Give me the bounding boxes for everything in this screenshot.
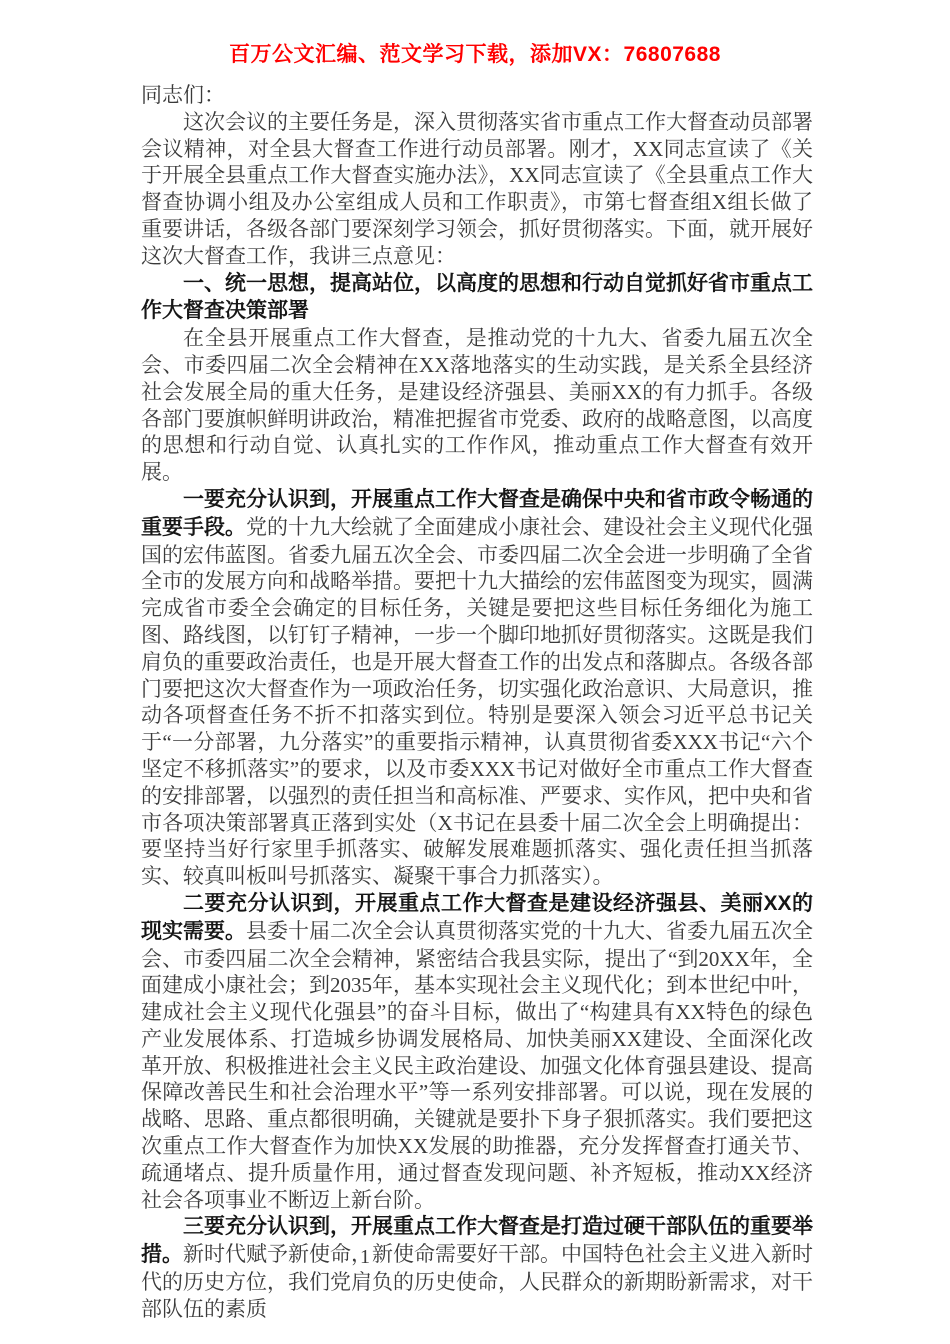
document-page: 百万公文汇编、范文学习下载，添加VX：76807688 同志们： 这次会议的主要… [0, 0, 950, 1344]
paragraph-point-1-text: 党的十九大绘就了全面建成小康社会、建设社会主义现代化强国的宏伟蓝图。省委九届五次… [141, 515, 813, 888]
document-body: 同志们： 这次会议的主要任务是，深入贯彻落实省市重点工作大督查动员部署会议精神，… [141, 82, 813, 1323]
paragraph-point-2-text: 县委十届二次全会认真贯彻落实党的十九大、省委九届五次全会、市委四届二次全会精神，… [141, 919, 813, 1212]
heading-section-1-text: 一、统一思想，提高站位，以高度的思想和行动自觉抓好省市重点工作大督查决策部署 [141, 272, 813, 323]
paragraph-intro-text: 这次会议的主要任务是，深入贯彻落实省市重点工作大督查动员部署会议精神，对全县大督… [141, 110, 813, 268]
paragraph-intro: 这次会议的主要任务是，深入贯彻落实省市重点工作大督查动员部署会议精神，对全县大督… [141, 109, 813, 270]
paragraph-point-3-text: 新时代赋予新使命，新使命需要好干部。中国特色社会主义进入新时代的历史方位，我们党… [141, 1242, 813, 1321]
page-number: 1 [347, 1246, 383, 1269]
heading-section-1: 一、统一思想，提高站位，以高度的思想和行动自觉抓好省市重点工作大督查决策部署 [141, 270, 813, 326]
paragraph-point-2: 二要充分认识到，开展重点工作大督查是建设经济强县、美丽XX的现实需要。县委十届二… [141, 890, 813, 1214]
paragraph-point-1: 一要充分认识到，开展重点工作大督查是确保中央和省市政令畅通的重要手段。党的十九大… [141, 486, 813, 890]
header-notice: 百万公文汇编、范文学习下载，添加VX：76807688 [0, 42, 950, 68]
paragraph-section-1-text: 在全县开展重点工作大督查，是推动党的十九大、省委九届五次全会、市委四届二次全会精… [141, 326, 813, 484]
paragraph-section-1: 在全县开展重点工作大督查，是推动党的十九大、省委九届五次全会、市委四届二次全会精… [141, 325, 813, 486]
paragraph-point-3: 三要充分认识到，开展重点工作大督查是打造过硬干部队伍的重要举措。新时代赋予新使命… [141, 1213, 813, 1322]
salutation: 同志们： [141, 82, 813, 109]
